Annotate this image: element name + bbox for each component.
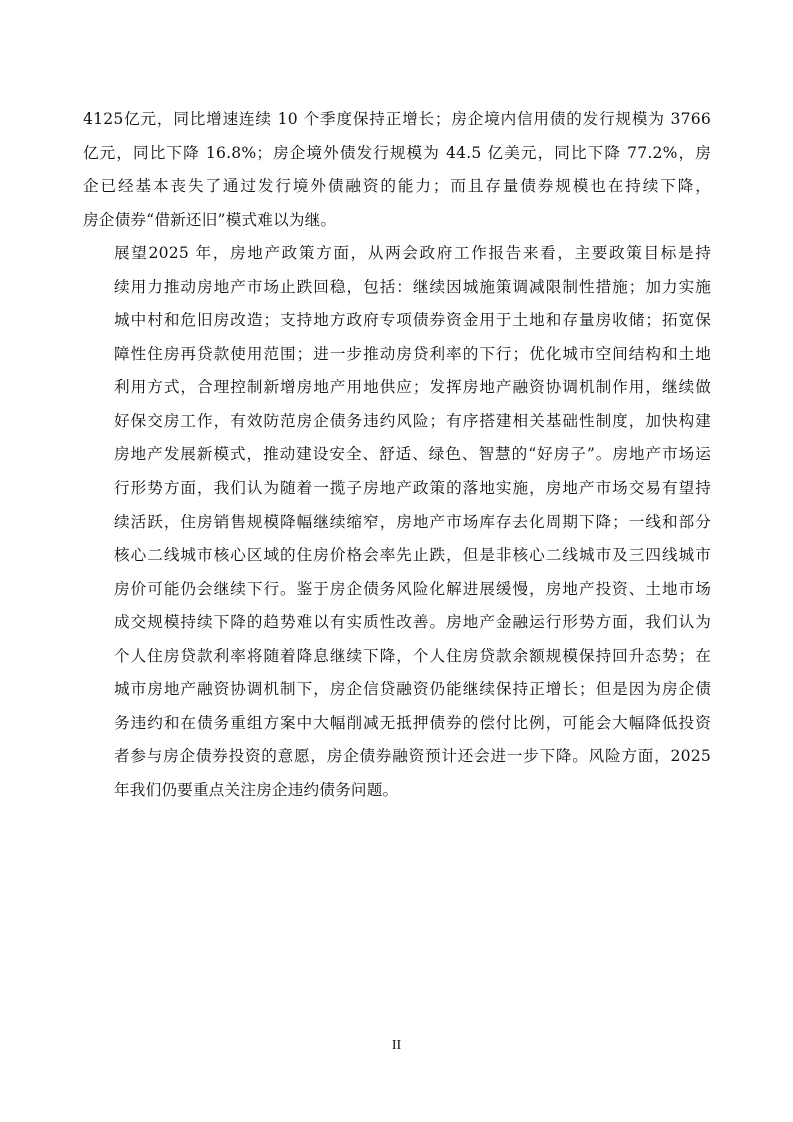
text-line: 亿元，同比下降 16.8%；房企境外债发行规模为 44.5 亿美元，同比下降 7… (83, 137, 711, 171)
text-line: 房价可能仍会继续下行。鉴于房企债务风险化解进展缓慢，房地产投资、土地市场 (83, 573, 711, 607)
text-line: 房地产发展新模式，推动建设安全、舒适、绿色、智慧的“好房子”。房地产市场运 (83, 438, 711, 472)
text-line: 务违约和在债务重组方案中大幅削减无抵押债券的偿付比例，可能会大幅降低投资 (83, 707, 711, 741)
text-line: 好保交房工作，有效防范房企债务违约风险；有序搭建相关基础性制度，加快构建 (83, 405, 711, 439)
text-line: 年我们仍要重点关注房企违约债务问题。 (83, 774, 711, 808)
page-number: II (0, 1038, 793, 1054)
text-line: 核心二线城市核心区域的住房价格会率先止跌，但是非核心二线城市及三四线城市 (83, 539, 711, 573)
text-line: 个人住房贷款利率将随着降息继续下降，个人住房贷款余额规模保持回升态势；在 (83, 640, 711, 674)
text-line: 房企债券“借新还旧”模式难以为继。 (83, 204, 711, 238)
document-body: 4125亿元，同比增速连续 10 个季度保持正增长；房企境内信用债的发行规模为 … (83, 103, 711, 807)
text-line: 者参与房企债券投资的意愿，房企债券融资预计还会进一步下降。风险方面，2025 (83, 740, 711, 774)
text-line: 利用方式，合理控制新增房地产用地供应；发挥房地产融资协调机制作用，继续做 (83, 371, 711, 405)
text-line: 城中村和危旧房改造；支持地方政府专项债券资金用于土地和存量房收储；拓宽保 (83, 304, 711, 338)
text-line: 障性住房再贷款使用范围；进一步推动房贷利率的下行；优化城市空间结构和土地 (83, 338, 711, 372)
paragraph-outlook-2025: 展望2025 年，房地产政策方面，从两会政府工作报告来看，主要政策目标是持 续用… (83, 237, 711, 807)
text-line: 成交规模持续下降的趋势难以有实质性改善。房地产金融运行形势方面，我们认为 (83, 606, 711, 640)
text-line: 续活跃，住房销售规模降幅继续缩窄，房地产市场库存去化周期下降；一线和部分 (83, 506, 711, 540)
text-line: 企已经基本丧失了通过发行境外债融资的能力；而且存量债券规模也在持续下降， (83, 170, 711, 204)
text-line: 续用力推动房地产市场止跌回稳，包括：继续因城施策调减限制性措施；加力实施 (83, 271, 711, 305)
text-line: 城市房地产融资协调机制下，房企信贷融资仍能继续保持正增长；但是因为房企债 (83, 673, 711, 707)
text-line: 展望2025 年，房地产政策方面，从两会政府工作报告来看，主要政策目标是持 (83, 237, 711, 271)
paragraph-bond-issuance: 4125亿元，同比增速连续 10 个季度保持正增长；房企境内信用债的发行规模为 … (83, 103, 711, 237)
text-line: 4125亿元，同比增速连续 10 个季度保持正增长；房企境内信用债的发行规模为 … (83, 103, 711, 137)
text-line: 行形势方面，我们认为随着一揽子房地产政策的落地实施，房地产市场交易有望持 (83, 472, 711, 506)
